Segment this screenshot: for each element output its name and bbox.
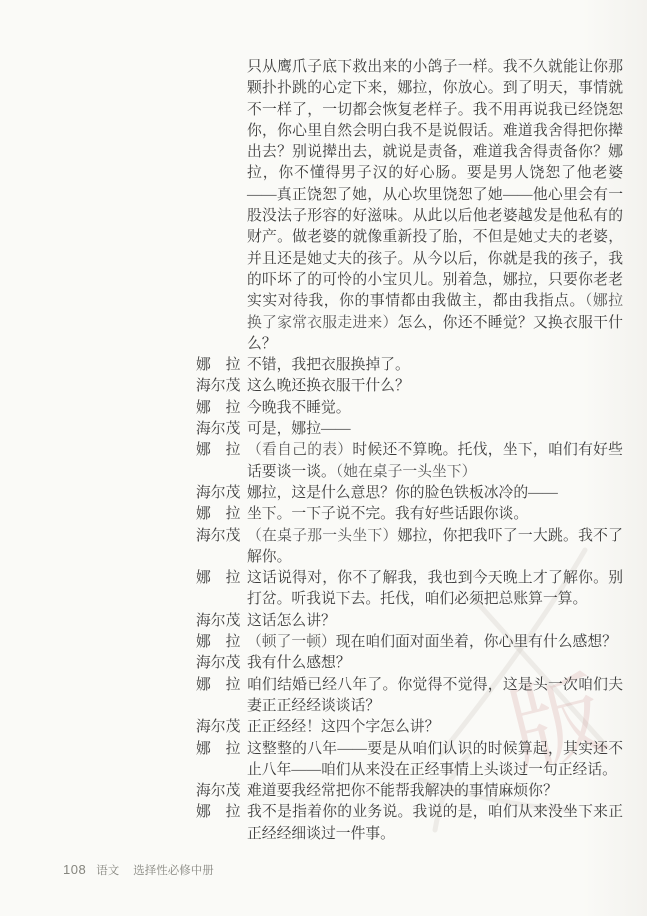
dialogue-text: 难道要我经常把你不能帮我解决的事情麻烦你？ [247,781,623,802]
dialogue-row: 海尔茂这么晚还换衣服干什么？ [196,376,628,397]
dialogue-text: 娜拉，这是什么意思？你的脸色铁板冰冷的—— [247,483,623,504]
dialogue-text: 这话怎么讲？ [247,611,623,632]
textbook-page: { "monologue": { "text": "只从鹰爪子底下救出来的小鸽子… [0,0,647,916]
speaker-name: 娜 拉 [196,504,241,525]
speaker-name: 娜 拉 [196,440,241,461]
speaker-name: 海尔茂 [196,526,241,547]
speaker-name: 娜 拉 [196,568,241,589]
dialogue-text: 不错，我把衣服换掉了。 [247,355,623,376]
speaker-name: 娜 拉 [196,632,241,653]
dialogue-text: 正正经经！这四个字怎么讲？ [247,717,623,738]
dialogue-text: （在桌子那一头坐下）娜拉，你把我吓了一大跳。我不了解你。 [247,526,623,569]
speaker-name: 海尔茂 [196,611,241,632]
page-footer: 108 语文 选择性必修中册 [63,862,214,879]
dialogue-text: 坐下。一下子说不完。我有好些话跟你谈。 [247,504,623,525]
speaker-name: 娜 拉 [196,675,241,696]
dialogue-row: 娜 拉我不是指着你的业务说。我说的是，咱们从来没坐下来正正经经细谈过一件事。 [196,802,628,845]
dialogue-row: 娜 拉这话说得对，你不了解我，我也到今天晚上才了解你。别打岔。听我说下去。托伐，… [196,568,628,611]
speaker-name: 海尔茂 [196,376,241,397]
play-script: 只从鹰爪子底下救出来的小鸽子一样。我不久就能让你那颗扑扑跳的心定下来，娜拉，你放… [196,57,628,845]
dialogue-text: （看自己的表）时候还不算晚。托伐，坐下，咱们有好些话要谈一谈。（她在桌子一头坐下… [247,440,623,483]
speaker-name: 海尔茂 [196,717,241,738]
speaker-name: 海尔茂 [196,483,241,504]
speaker-name: 娜 拉 [196,739,241,760]
page-number: 108 [63,862,86,878]
dialogue-text: 可是，娜拉—— [247,419,623,440]
dialogue-row: 娜 拉这整整的八年——要是从咱们认识的时候算起，其实还不止八年——咱们从来没在正… [196,739,628,782]
dialogue-text: 这么晚还换衣服干什么？ [247,376,623,397]
speaker-name: 海尔茂 [196,781,241,802]
dialogue-row: 海尔茂娜拉，这是什么意思？你的脸色铁板冰冷的—— [196,483,628,504]
dialogue-list: 娜 拉不错，我把衣服换掉了。海尔茂这么晚还换衣服干什么？娜 拉今晚我不睡觉。海尔… [196,355,628,845]
dialogue-row: 娜 拉坐下。一下子说不完。我有好些话跟你谈。 [196,504,628,525]
dialogue-row: 娜 拉不错，我把衣服换掉了。 [196,355,628,376]
speaker-name: 海尔茂 [196,419,241,440]
dialogue-row: 海尔茂这话怎么讲？ [196,611,628,632]
dialogue-row: 娜 拉今晚我不睡觉。 [196,398,628,419]
dialogue-row: 海尔茂（在桌子那一头坐下）娜拉，你把我吓了一大跳。我不了解你。 [196,526,628,569]
volume-label: 选择性必修中册 [133,863,214,879]
dialogue-row: 海尔茂正正经经！这四个字怎么讲？ [196,717,628,738]
dialogue-text: 我不是指着你的业务说。我说的是，咱们从来没坐下来正正经经细谈过一件事。 [247,802,623,845]
dialogue-text: 这话说得对，你不了解我，我也到今天晚上才了解你。别打岔。听我说下去。托伐，咱们必… [247,568,623,611]
dialogue-row: 海尔茂难道要我经常把你不能帮我解决的事情麻烦你？ [196,781,628,802]
dialogue-row: 娜 拉咱们结婚已经八年了。你觉得不觉得，这是头一次咱们夫妻正正经经谈谈话？ [196,675,628,718]
dialogue-row: 海尔茂可是，娜拉—— [196,419,628,440]
speaker-name: 海尔茂 [196,653,241,674]
speaker-name: 娜 拉 [196,802,241,823]
dialogue-text: 这整整的八年——要是从咱们认识的时候算起，其实还不止八年——咱们从来没在正经事情… [247,739,623,782]
dialogue-text: （顿了一顿）现在咱们面对面坐着，你心里有什么感想？ [247,632,623,653]
dialogue-text: 今晚我不睡觉。 [247,398,623,419]
dialogue-row: 海尔茂我有什么感想？ [196,653,628,674]
subject-label: 语文 [96,863,119,879]
dialogue-row: 娜 拉（顿了一顿）现在咱们面对面坐着，你心里有什么感想？ [196,632,628,653]
dialogue-text: 我有什么感想？ [247,653,623,674]
speaker-name: 娜 拉 [196,355,241,376]
dialogue-row: 娜 拉（看自己的表）时候还不算晚。托伐，坐下，咱们有好些话要谈一谈。（她在桌子一… [196,440,628,483]
helmer-monologue: 只从鹰爪子底下救出来的小鸽子一样。我不久就能让你那颗扑扑跳的心定下来，娜拉，你放… [247,57,623,355]
speaker-name: 娜 拉 [196,398,241,419]
dialogue-text: 咱们结婚已经八年了。你觉得不觉得，这是头一次咱们夫妻正正经经谈谈话？ [247,675,623,718]
